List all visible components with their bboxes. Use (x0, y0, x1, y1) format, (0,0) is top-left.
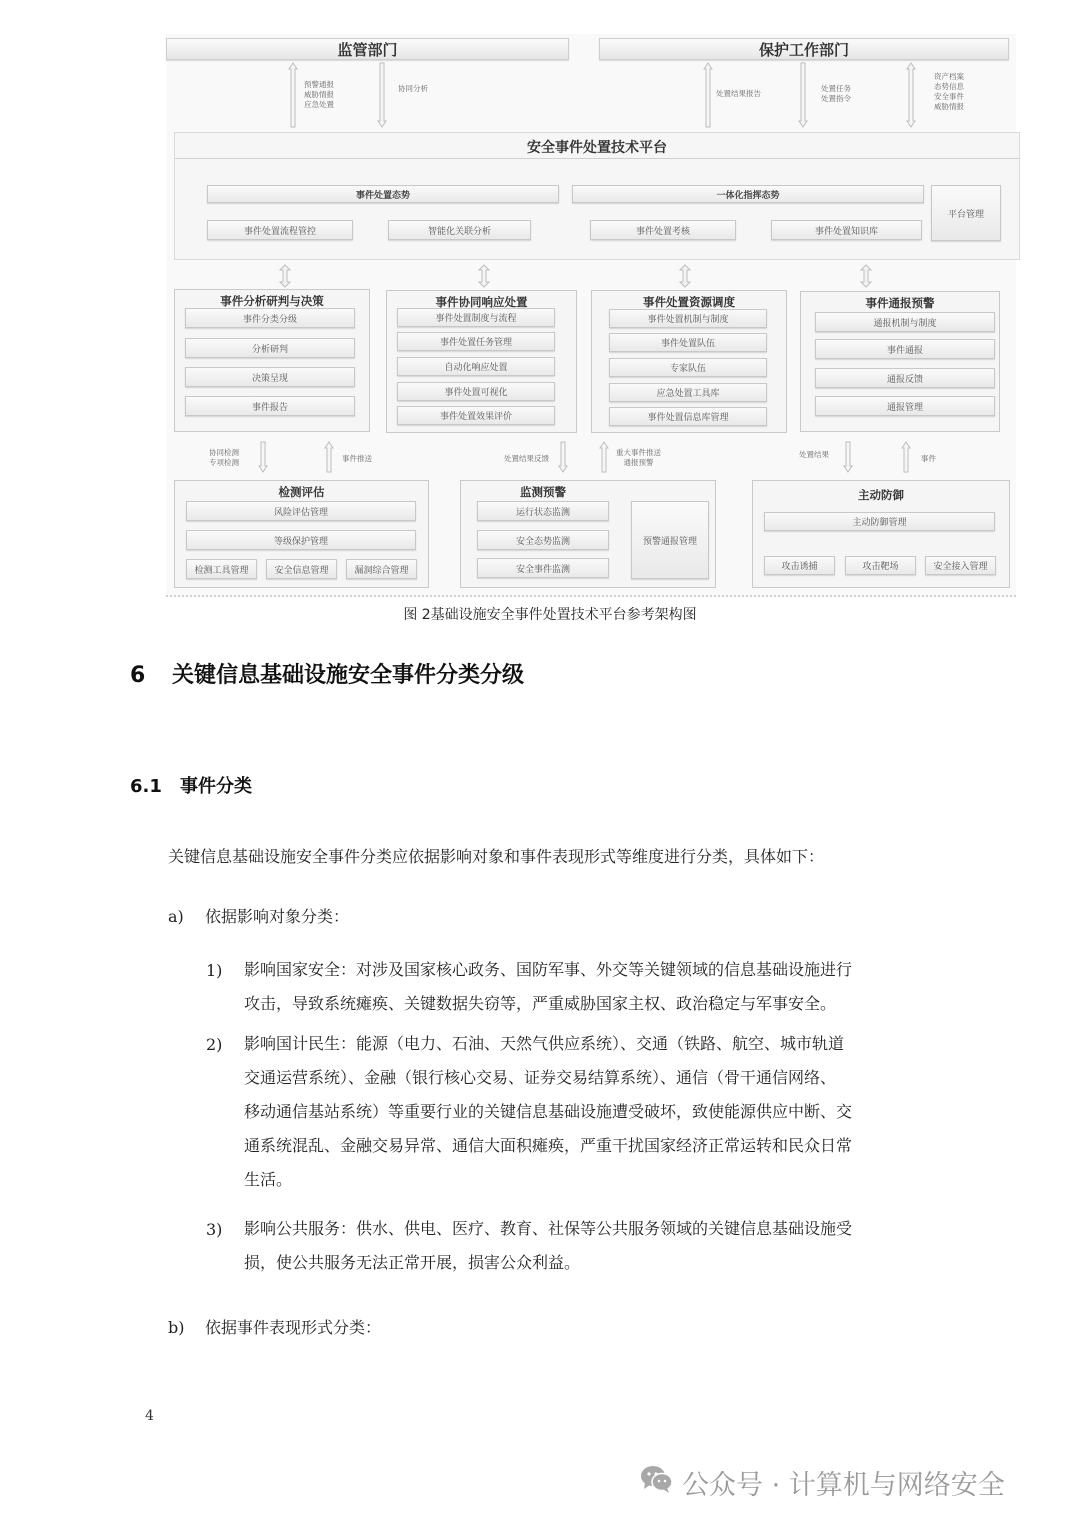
module-item: 决策呈现 (185, 367, 355, 387)
module-response: 事件协同响应处置 事件处置制度与流程 事件处置任务管理 自动化响应处置 事件处置… (386, 290, 577, 433)
module-title: 事件通报预警 (801, 295, 999, 311)
text-line: 攻击，导致系统瘫痪、关键数据失窃等，严重威胁国家主权、政治稳定与军事安全。 (244, 987, 852, 1021)
item-label: 事件分类分级 (243, 312, 297, 325)
module-item: 专家队伍 (609, 358, 767, 377)
module-item: 事件处置队伍 (609, 333, 767, 352)
item-label: 通报机制与制度 (873, 316, 936, 329)
item-label: 分析研判 (252, 342, 288, 355)
module-notification: 事件通报预警 通报机制与制度 事件通报 通报反馈 通报管理 (800, 291, 1000, 432)
platform-title: 安全事件处置技术平台 (175, 137, 1019, 157)
text-line: 影响国计民生：能源（电力、石油、天然气供应系统）、交通（铁路、航空、城市轨道 (244, 1027, 852, 1061)
module-item: 事件处置制度与流程 (397, 308, 555, 327)
arrow-note: 处置结果报告 (716, 89, 761, 99)
module-title: 事件分析研判与决策 (175, 293, 369, 309)
dept-protection: 保护工作部门 (599, 38, 1009, 60)
list-marker: a) (168, 907, 184, 926)
arrow-bidirectional-icon (678, 264, 688, 288)
list-item: 影响国计民生：能源（电力、石油、天然气供应系统）、交通（铁路、航空、城市轨道 交… (244, 1027, 852, 1197)
module-item: 事件报告 (185, 396, 355, 416)
arrow-bidirectional-icon (477, 264, 487, 288)
arrow-down-icon (558, 441, 568, 473)
item-label: 事件处置队伍 (661, 336, 715, 349)
list-item: 影响公共服务：供水、供电、医疗、教育、社保等公共服务领域的关键信息基础设施受 损… (244, 1212, 852, 1280)
item-label: 事件处置效果评价 (440, 409, 512, 422)
module-item: 风险评估管理 (186, 501, 416, 521)
function-bar: 事件处置流程管控 (207, 220, 353, 240)
module-item: 事件处置效果评价 (397, 406, 555, 425)
text-line: 生活。 (244, 1163, 852, 1197)
module-monitoring: 监测预警 运行状态监测 安全态势监测 安全事件监测 预警通报管理 (460, 480, 716, 588)
item-label: 安全接入管理 (933, 559, 987, 572)
dept-regulator: 监管部门 (166, 38, 569, 60)
text-line: 影响国家安全：对涉及国家核心政务、国防军事、外交等关键领域的信息基础设施进行 (244, 953, 852, 987)
arrow-bidirectional-icon (278, 264, 288, 288)
module-item: 事件处置机制与制度 (609, 309, 767, 328)
arrow-down-icon (377, 62, 387, 128)
subsection-number: 6.1 (130, 776, 180, 797)
situation-label: 一体化指挥态势 (716, 188, 779, 201)
dept-label: 保护工作部门 (759, 39, 849, 60)
list-label: 依据影响对象分类： (205, 900, 349, 934)
module-item: 事件处置可视化 (397, 382, 555, 401)
module-cell: 安全接入管理 (925, 556, 996, 575)
item-label: 安全事件监测 (516, 562, 570, 575)
item-label: 攻击靶场 (862, 559, 898, 572)
divider (175, 158, 1019, 159)
arrow-note: 重大事件推送 通报预警 (616, 448, 661, 468)
item-label: 通报反馈 (887, 372, 923, 385)
module-resource: 事件处置资源调度 事件处置机制与制度 事件处置队伍 专家队伍 应急处置工具库 事… (591, 290, 787, 433)
situation-label: 事件处置态势 (356, 188, 410, 201)
module-item: 主动防御管理 (764, 512, 995, 531)
watermark-text: 公众号 · 计算机与网络安全 (682, 1463, 1005, 1502)
function-label: 事件处置考核 (636, 224, 690, 237)
list-marker: b) (168, 1318, 184, 1337)
architecture-diagram: 监管部门 保护工作部门 预警通报 威胁情报 应急处置 协同分析 处置结果报告 处… (166, 34, 1016, 597)
arrow-note: 处置结果 (799, 450, 829, 460)
wechat-icon (640, 1464, 674, 1501)
text-line: 通系统混乱、金融交易异常、通信大面积瘫痪，严重干扰国家经济正常运转和民众日常 (244, 1129, 852, 1163)
module-active-defense: 主动防御 主动防御管理 攻击诱捕 攻击靶场 安全接入管理 (752, 480, 1010, 588)
arrow-down-icon (258, 441, 268, 473)
item-label: 运行状态监测 (516, 505, 570, 518)
module-title: 监测预警 (461, 484, 625, 500)
list-marker: 3) (206, 1220, 222, 1239)
section-title: 关键信息基础设施安全事件分类分级 (172, 663, 524, 688)
platform-panel: 安全事件处置技术平台 事件处置态势 一体化指挥态势 平台管理 事件处置流程管控 … (174, 132, 1020, 260)
module-item: 安全态势监测 (477, 530, 609, 550)
warning-mgmt-box: 预警通报管理 (631, 501, 709, 579)
module-cell: 检测工具管理 (186, 559, 257, 579)
item-label: 安全态势监测 (516, 534, 570, 547)
module-item: 分析研判 (185, 338, 355, 358)
module-item: 运行状态监测 (477, 501, 609, 521)
item-label: 等级保护管理 (274, 534, 328, 547)
item-label: 决策呈现 (252, 371, 288, 384)
item-label: 事件处置信息库管理 (647, 410, 728, 423)
arrow-bidirectional-icon (906, 62, 916, 128)
module-item: 安全事件监测 (477, 558, 609, 578)
item-label: 事件处置机制与制度 (647, 312, 728, 325)
item-label: 风险评估管理 (274, 505, 328, 518)
subsection-title: 事件分类 (180, 776, 252, 797)
module-item: 事件处置任务管理 (397, 332, 555, 351)
page-number: 4 (145, 1408, 154, 1424)
module-title: 检测评估 (175, 484, 428, 500)
function-bar: 事件处置知识库 (771, 220, 922, 240)
arrow-note: 协同分析 (398, 84, 428, 94)
function-bar: 事件处置考核 (590, 220, 736, 240)
function-label: 事件处置知识库 (815, 224, 878, 237)
item-label: 安全信息管理 (274, 563, 328, 576)
arrow-up-icon (288, 62, 298, 128)
module-cell: 安全信息管理 (266, 559, 337, 579)
situation-bar: 事件处置态势 (207, 185, 559, 203)
item-label: 专家队伍 (670, 361, 706, 374)
arrow-note: 事件推送 (342, 454, 372, 464)
text-line: 影响公共服务：供水、供电、医疗、教育、社保等公共服务领域的关键信息基础设施受 (244, 1212, 852, 1246)
section-number: 6 (130, 663, 172, 688)
module-title: 主动防御 (753, 487, 1009, 503)
item-label: 事件通报 (887, 343, 923, 356)
function-label: 智能化关联分析 (428, 224, 491, 237)
item-label: 攻击诱捕 (781, 559, 817, 572)
module-cell: 漏洞综合管理 (346, 559, 417, 579)
arrow-note: 处置结果反馈 (504, 454, 549, 464)
text-line: 损，使公共服务无法正常开展，损害公众利益。 (244, 1246, 852, 1280)
module-title: 事件处置资源调度 (592, 294, 786, 310)
arrow-bidirectional-icon (859, 264, 869, 288)
module-item: 等级保护管理 (186, 530, 416, 550)
list-marker: 1) (206, 961, 222, 980)
item-label: 自动化响应处置 (444, 360, 507, 373)
arrow-note: 预警通报 威胁情报 应急处置 (304, 80, 334, 110)
module-item: 事件处置信息库管理 (609, 407, 767, 426)
module-cell: 攻击诱捕 (764, 556, 835, 575)
module-item: 自动化响应处置 (397, 357, 555, 376)
arrow-down-icon (843, 441, 853, 473)
arrow-note: 资产档案 态势信息 安全事件 威胁情报 (934, 72, 964, 112)
item-label: 主动防御管理 (852, 515, 906, 528)
module-item: 应急处置工具库 (609, 383, 767, 402)
section-heading: 6关键信息基础设施安全事件分类分级 (130, 658, 524, 689)
module-item: 通报反馈 (815, 368, 995, 388)
item-label: 事件处置可视化 (444, 385, 507, 398)
function-bar: 智能化关联分析 (388, 220, 531, 240)
item-label: 预警通报管理 (643, 534, 697, 547)
item-label: 应急处置工具库 (656, 386, 719, 399)
platform-mgmt-box: 平台管理 (931, 185, 1001, 241)
item-label: 事件处置制度与流程 (435, 311, 516, 324)
arrow-note: 事件 (921, 454, 936, 464)
item-label: 漏洞综合管理 (354, 563, 408, 576)
module-item: 通报机制与制度 (815, 312, 995, 332)
platform-mgmt-label: 平台管理 (948, 207, 984, 220)
module-item: 事件通报 (815, 339, 995, 359)
module-detection: 检测评估 风险评估管理 等级保护管理 检测工具管理 安全信息管理 漏洞综合管理 (174, 480, 429, 588)
item-label: 通报管理 (887, 400, 923, 413)
arrow-note: 处置任务 处置指令 (821, 84, 851, 104)
arrow-note: 协同检测 专项检测 (209, 448, 239, 468)
watermark: 公众号 · 计算机与网络安全 (640, 1463, 1005, 1502)
intro-paragraph: 关键信息基础设施安全事件分类应依据影响对象和事件表现形式等维度进行分类，具体如下… (168, 840, 824, 874)
arrow-up-icon (703, 62, 713, 128)
arrow-up-icon (599, 441, 609, 473)
module-analysis: 事件分析研判与决策 事件分类分级 分析研判 决策呈现 事件报告 (174, 289, 370, 432)
list-label: 依据事件表现形式分类： (205, 1311, 381, 1345)
subsection-heading: 6.1事件分类 (130, 772, 252, 798)
figure-caption: 图 2基础设施安全事件处置技术平台参考架构图 (0, 604, 1080, 624)
module-item: 事件分类分级 (185, 308, 355, 328)
list-marker: 2) (206, 1035, 222, 1054)
text-line: 移动通信基站系统）等重要行业的关键信息基础设施遭受破坏，致使能源供应中断、交 (244, 1095, 852, 1129)
arrow-up-icon (901, 441, 911, 473)
arrow-down-icon (798, 62, 808, 128)
text-line: 交通运营系统）、金融（银行核心交易、证券交易结算系统）、通信（骨干通信网络、 (244, 1061, 852, 1095)
item-label: 事件报告 (252, 400, 288, 413)
module-item: 通报管理 (815, 396, 995, 416)
arrow-up-icon (324, 441, 334, 473)
list-item: 影响国家安全：对涉及国家核心政务、国防军事、外交等关键领域的信息基础设施进行 攻… (244, 953, 852, 1021)
item-label: 事件处置任务管理 (440, 335, 512, 348)
item-label: 检测工具管理 (194, 563, 248, 576)
module-cell: 攻击靶场 (845, 556, 916, 575)
function-label: 事件处置流程管控 (244, 224, 316, 237)
situation-bar: 一体化指挥态势 (572, 185, 924, 203)
dept-label: 监管部门 (337, 39, 397, 60)
